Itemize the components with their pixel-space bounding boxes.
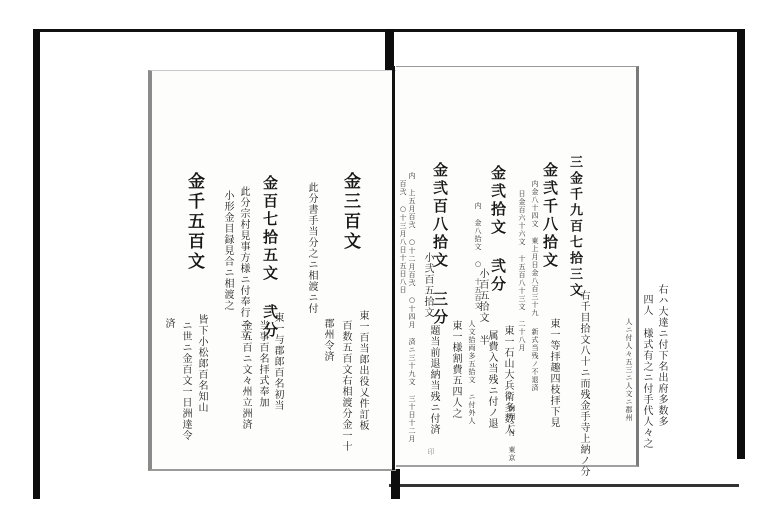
text-column: 題当前退納当残ニ付済 — [428, 325, 438, 435]
text-column: 百弐 ○十三月八日十五日八日 — [399, 180, 406, 294]
text-column: 右千目拾文八十ニ而残金手寺上納ノ分 — [578, 290, 588, 477]
text-column: 東一百当郎出役乂件訂板 — [357, 310, 367, 431]
text-column: 内 上五月百弐 ○十二月百弐 ○十四月 済ニ三十九文 三十日十二月 — [408, 172, 415, 443]
text-column: 属費入当残ニ付ノ退 — [486, 330, 496, 429]
page-mark: 印 — [427, 448, 434, 456]
text-column: 東一石山大兵衛多数人 — [502, 325, 512, 435]
text-column: 此分宗村見事方様ニ付奉行ニ立 — [238, 186, 248, 340]
frame-bottom-border — [389, 484, 739, 487]
amount-entry: 三金千九百七拾三文 — [568, 155, 581, 299]
text-column: 日金百六十六文 十五百八十三文 二十八月 — [518, 190, 525, 352]
text-column: 東一様割費五四人之 — [450, 320, 460, 419]
text-column: 新式当残ノ不退済 — [531, 328, 538, 392]
text-column: 右ハ大達ニ付下名出府多数多 — [656, 284, 666, 427]
spine-bottom — [391, 469, 400, 499]
book-gutter — [392, 66, 395, 470]
text-column: 小形金目録見合ニ相渡之 — [222, 190, 232, 311]
amount-entry: 金弐百八拾文 三分 — [432, 162, 447, 327]
text-column: 東一等拝趣四枝拝下見 — [548, 318, 558, 428]
text-column: 済 — [163, 318, 173, 329]
amount-entry: 金弐拾文 弐分 — [490, 165, 505, 294]
text-column: 人文拾両多五拾文 ニ付外人 — [468, 320, 475, 425]
text-column: 皆下小松郎百名知山 — [196, 314, 206, 413]
text-column: ニ世ニ金百文一日洲達令 — [180, 320, 190, 441]
amount-entry: 金千五百文 — [185, 172, 202, 272]
text-column: 郡州令済 — [322, 318, 332, 362]
text-column: 小弐百五拾文 — [422, 252, 432, 318]
frame-right-border — [737, 29, 745, 459]
amount-entry: 金弐千八拾文 — [542, 162, 557, 270]
text-column: 此分書手当分之ニ相渡ニ付 — [306, 182, 316, 314]
text-column: 四人 様式有之ニ付手代人々之 — [641, 294, 651, 449]
amount-entry: 金三百文 — [341, 172, 358, 252]
text-column: 当事百名拝式奉加 — [257, 320, 267, 408]
text-column: 内金八十四文 東上月日金八百三十九 — [531, 180, 538, 317]
text-column: 人ニ付人々五三ニ人文ニ郡州 — [625, 318, 632, 422]
text-column: 百数五百文右相渡分金一十 — [340, 320, 350, 452]
text-column: 東一与郡郎百名初当 — [272, 312, 282, 411]
frame-left-border — [33, 29, 40, 499]
